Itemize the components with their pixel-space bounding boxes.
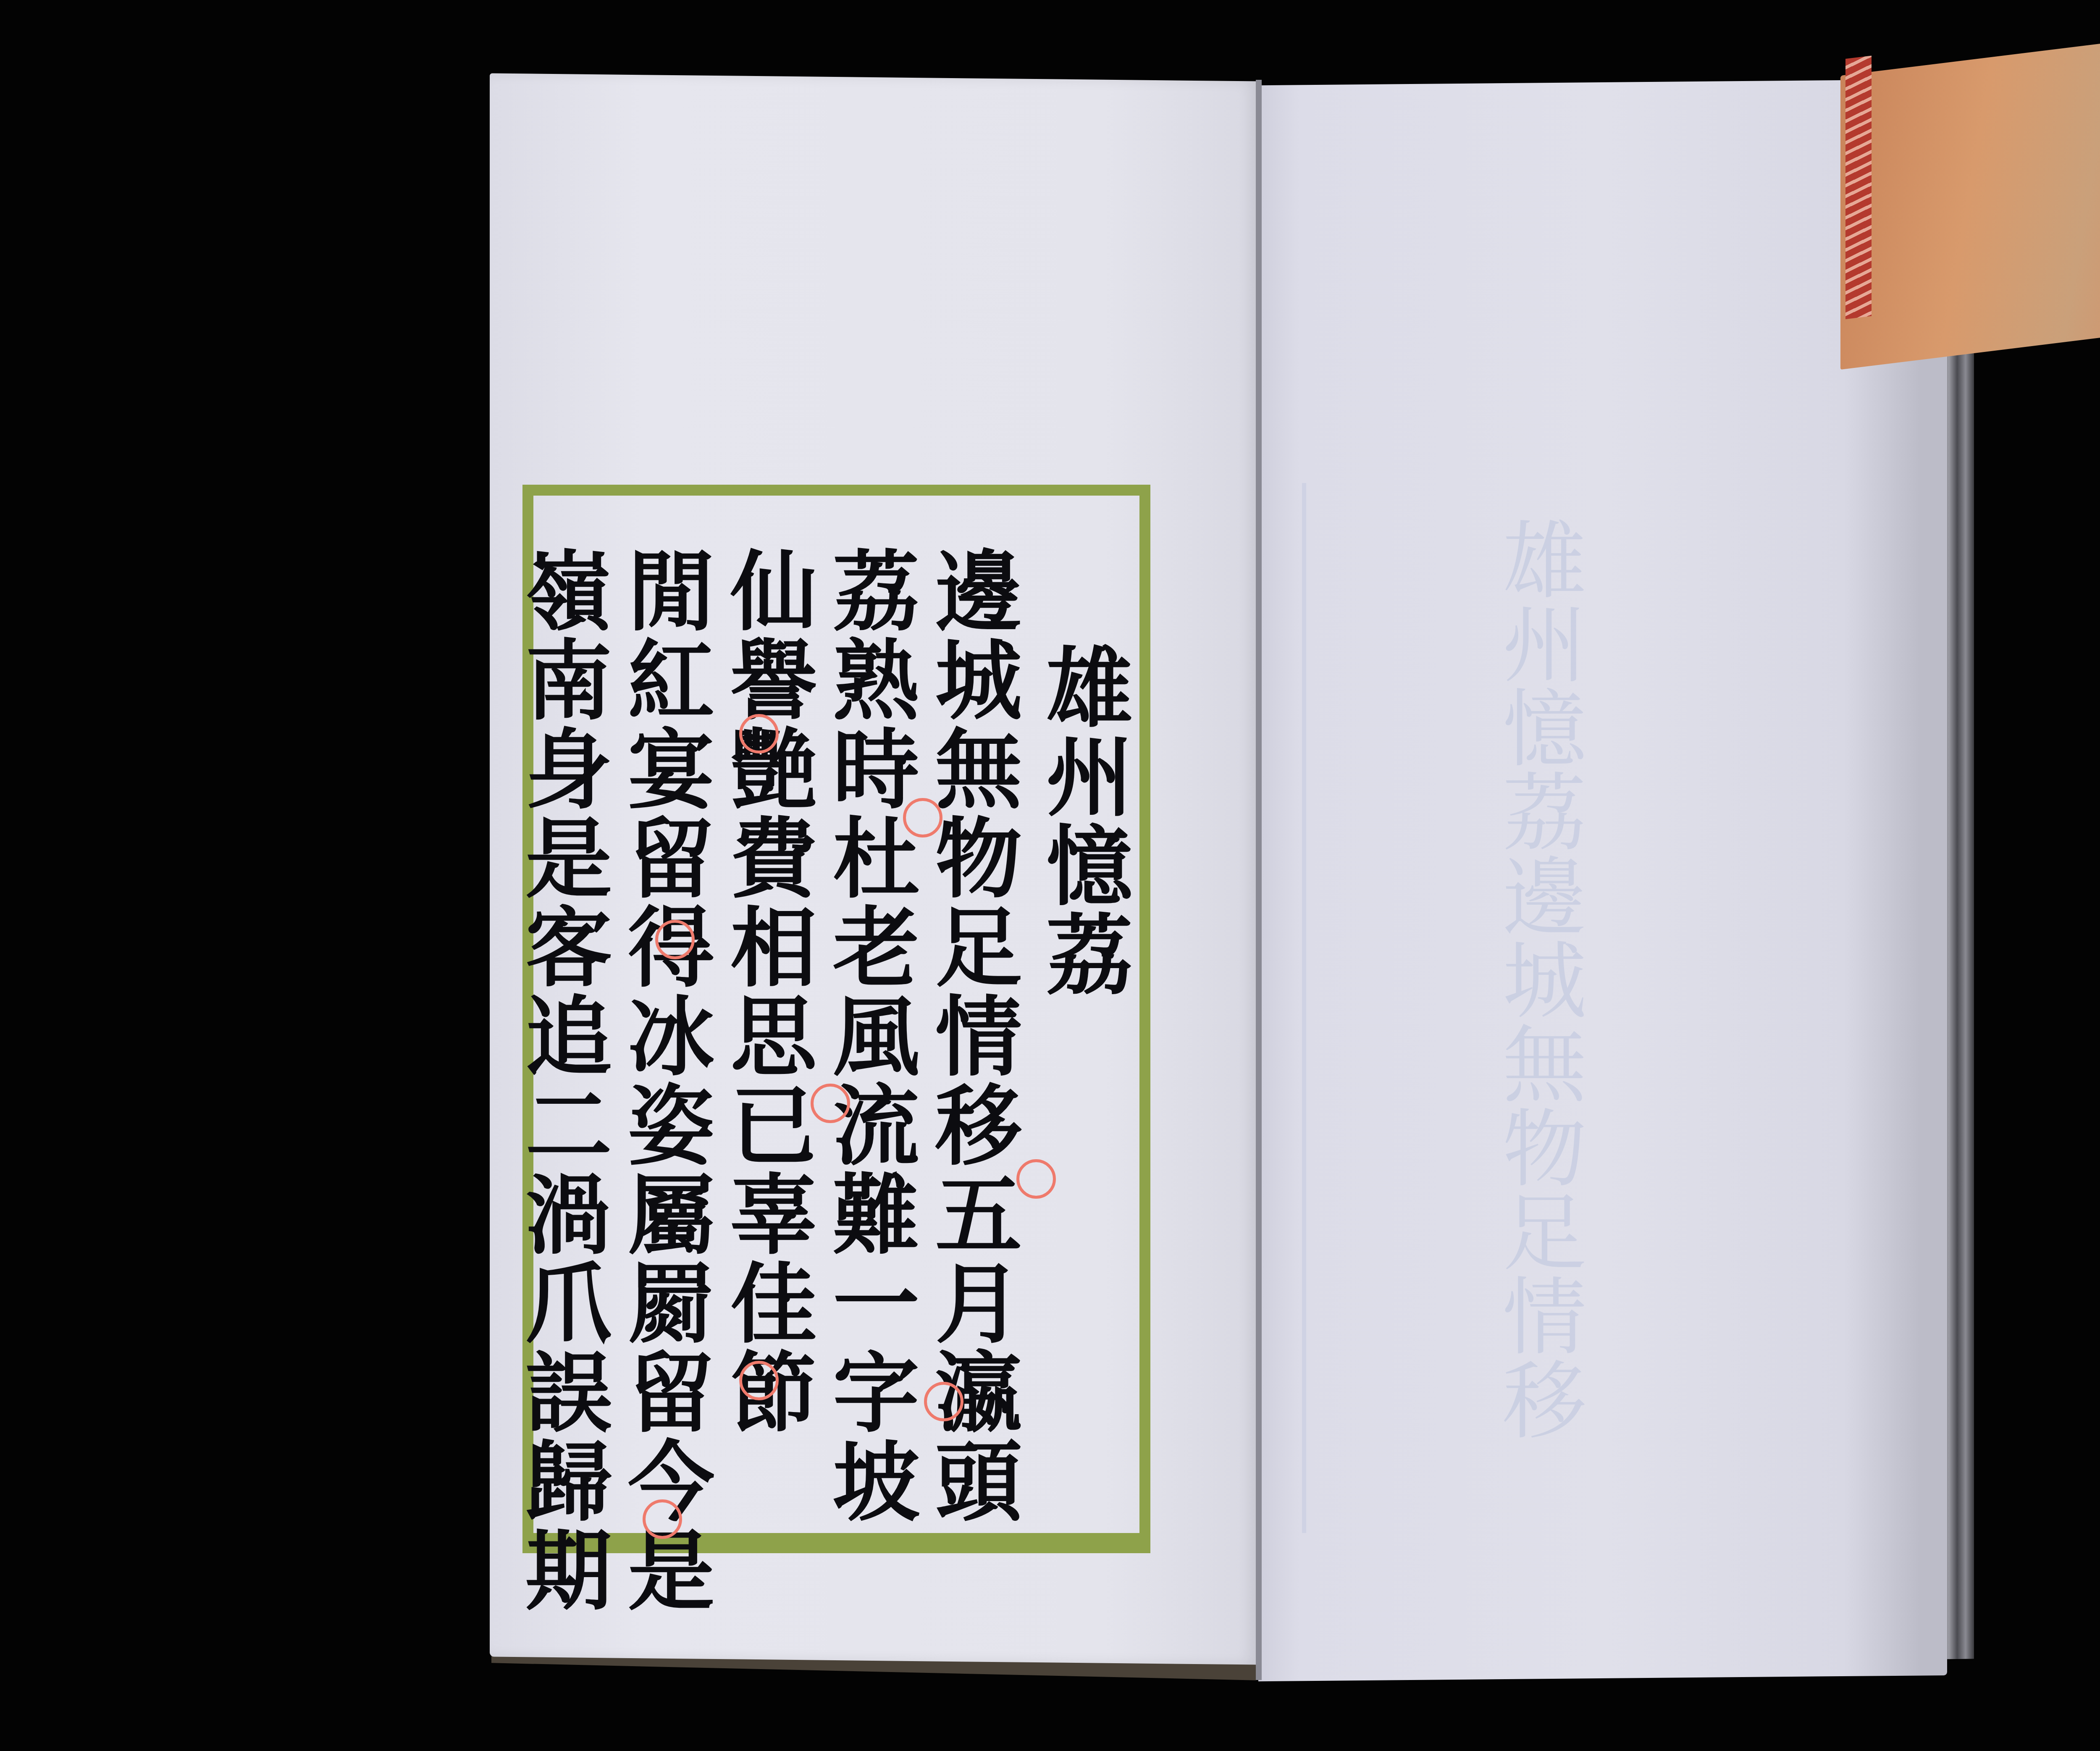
punctuation-circle — [739, 714, 779, 753]
seal-carved-face — [1845, 55, 1872, 319]
poem-column-4: 閒紅宴留得冰姿屬罽留今是 — [621, 546, 707, 1546]
punctuation-circle — [655, 920, 695, 959]
book-gutter — [1256, 80, 1262, 1680]
punctuation-circle — [811, 1084, 850, 1123]
punctuation-circle — [924, 1382, 963, 1421]
calligraphy-text: 雄州憶荔 邊城無物足情移五月瀛頭 荔熟時杜老風流難一字坡 仙譽艷費相思已辜佳節 … — [580, 546, 1126, 1546]
punctuation-circle — [1016, 1159, 1056, 1199]
poem-column-5: 嶺南身是客追二渦爪誤歸期 — [518, 546, 605, 1546]
punctuation-circle — [903, 798, 942, 837]
show-through-text: 雄州憶荔邊城無物足情移 — [1302, 483, 1596, 1533]
poem-column-2: 荔熟時杜老風流難一字坡 — [826, 546, 912, 1546]
stone-seal — [1840, 7, 2100, 370]
poem-title: 雄州憶荔 — [1039, 546, 1126, 1546]
punctuation-circle — [643, 1499, 682, 1539]
punctuation-circle — [739, 1361, 779, 1400]
